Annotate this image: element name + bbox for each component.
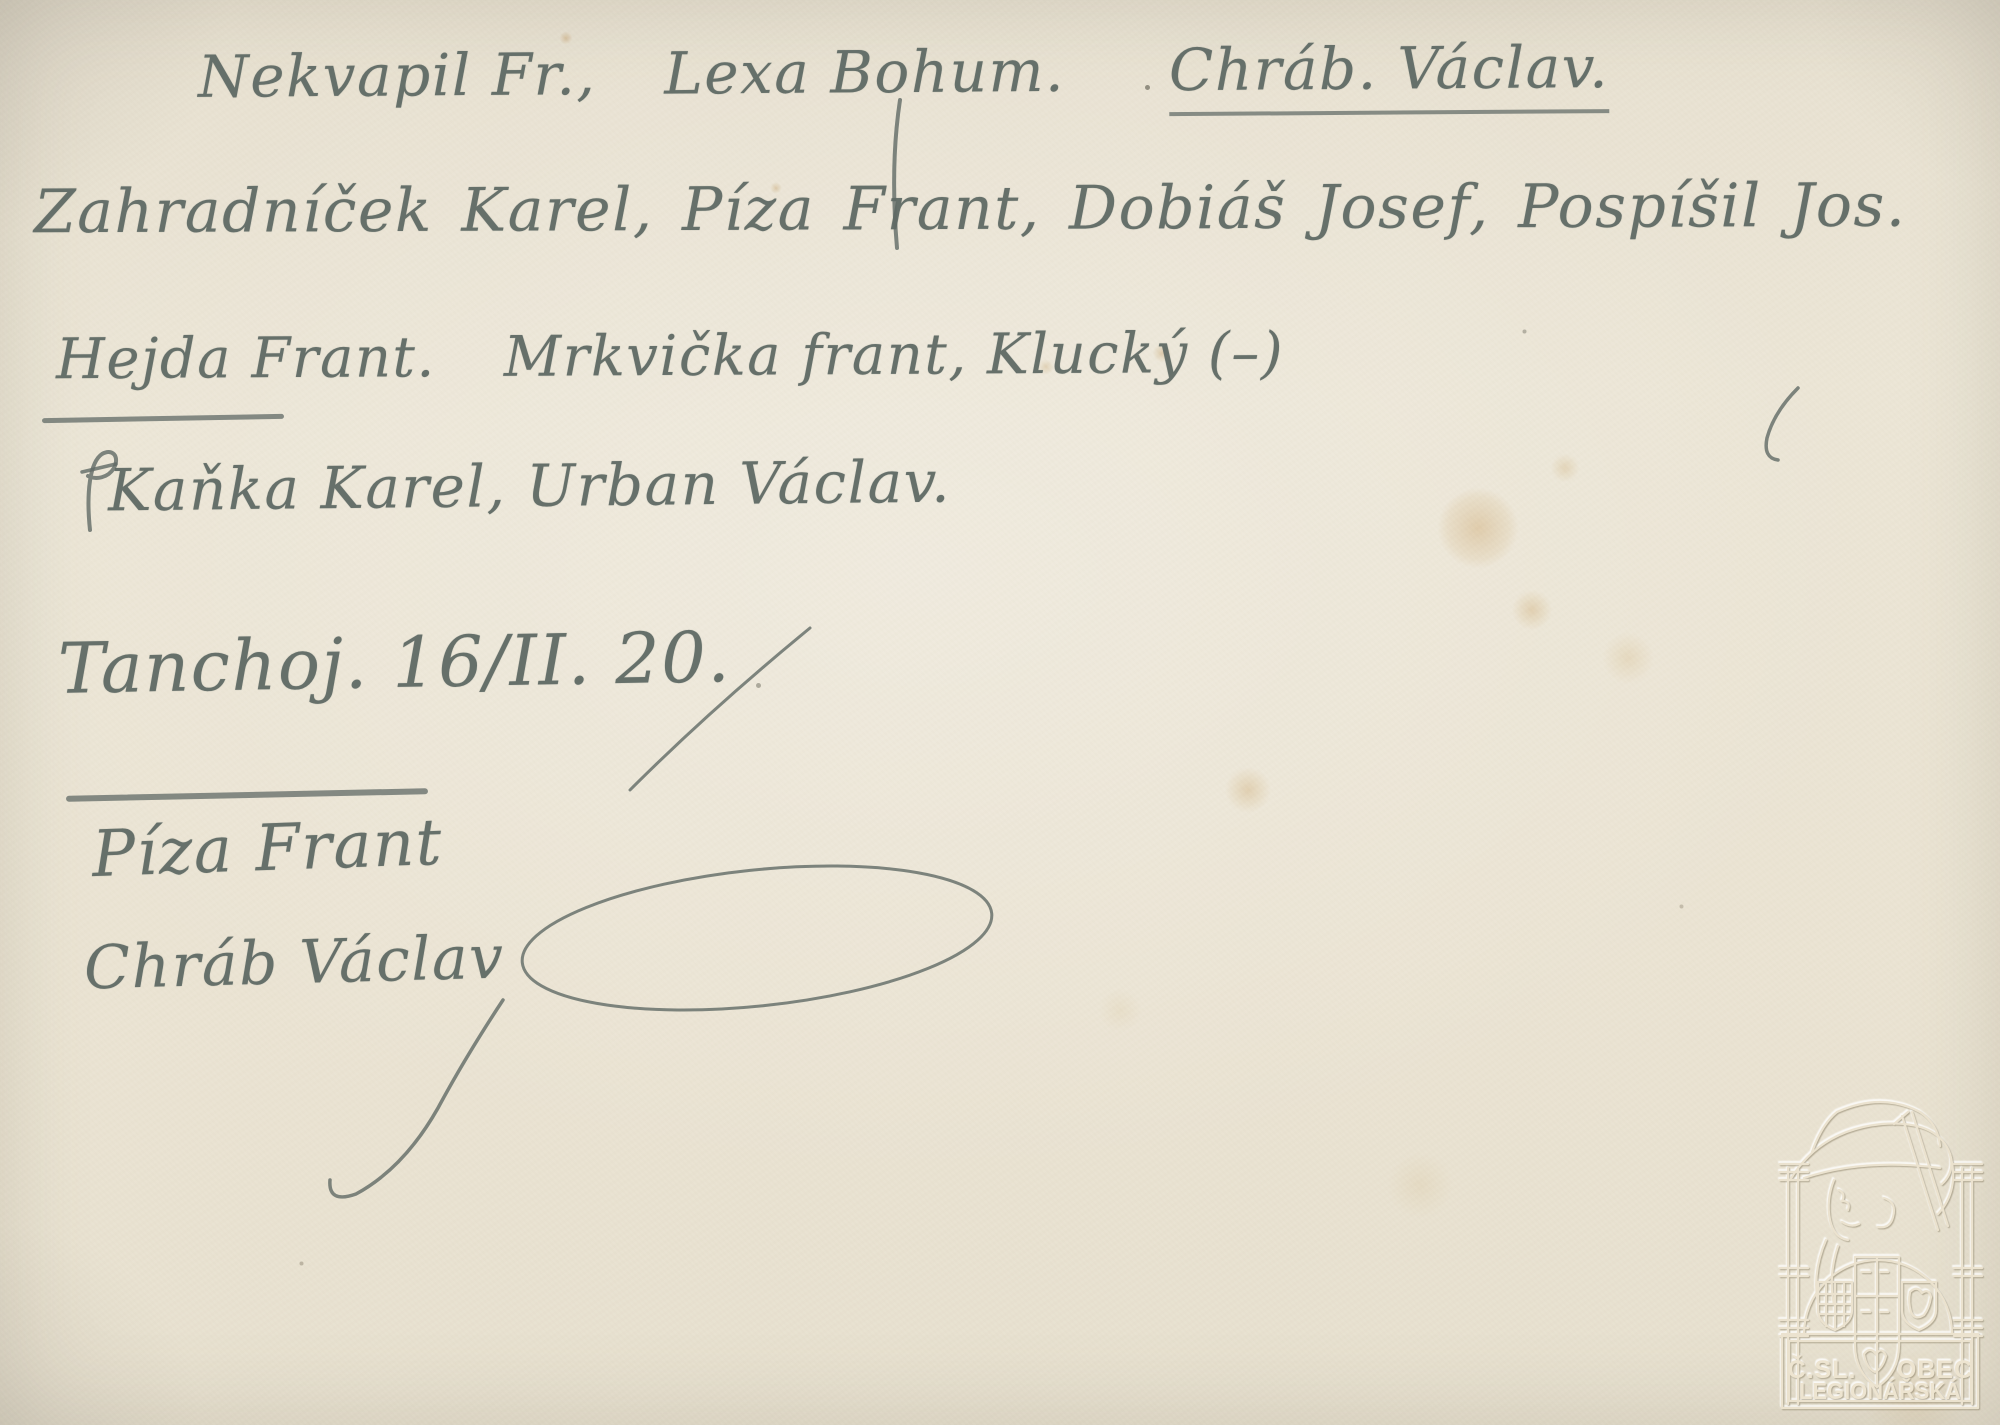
stamp-center-shield [1855,1257,1899,1387]
handwritten-line-3: Hejda Frant.Mrkvička frant, Klucký (–) [56,321,1284,392]
name-lexa: Lexa Bohum. [664,37,1065,108]
handwritten-line-2: Zahradníček Karel, Píza Frant, Dobiáš Jo… [34,171,1907,248]
handwritten-line-4: Kaňka Karel, Urban Václav. [108,448,952,525]
stamp-org-line2: LEGIONÁŘSKÁ [1799,1377,1961,1404]
signature-piza-text: Píza Frant [91,806,444,892]
stamp-right-shield [1902,1282,1936,1330]
signature-piza: Píza Frant [91,806,444,892]
signature-flourish-loop [505,850,1005,1025]
names-row-3-rest: Mrkvička frant, Klucký (–) [504,321,1285,390]
names-row-2: Zahradníček Karel, Píza Frant, Dobiáš Jo… [34,171,1907,248]
stamp-text-box: Č.SL. OBEC LEGIONÁŘSKÁ [1782,1334,1978,1408]
stamp-left-shield [1818,1282,1852,1330]
underline-place-date [66,788,428,802]
photo-back-scan: Nekvapil Fr.,Lexa Bohum.Chráb. Václav. Z… [0,0,2000,1425]
stray-pencil-hook [1752,382,1808,468]
name-hejda-underlined: Hejda Frant. [56,325,436,392]
names-row-4: Kaňka Karel, Urban Václav. [108,448,952,525]
signature-descender-flourish [298,988,518,1213]
name-nekvapil: Nekvapil Fr., [198,40,597,111]
name-chrab-underlined: Chráb. Václav. [1169,33,1610,116]
date-flourish-stroke [560,620,820,810]
underline-hejda [42,414,284,423]
paper-speckles [0,0,3,3]
legion-embossed-stamp: Č.SL. OBEC LEGIONÁŘSKÁ [1742,1072,1998,1422]
stamp-soldier-icon [1790,1102,1953,1304]
